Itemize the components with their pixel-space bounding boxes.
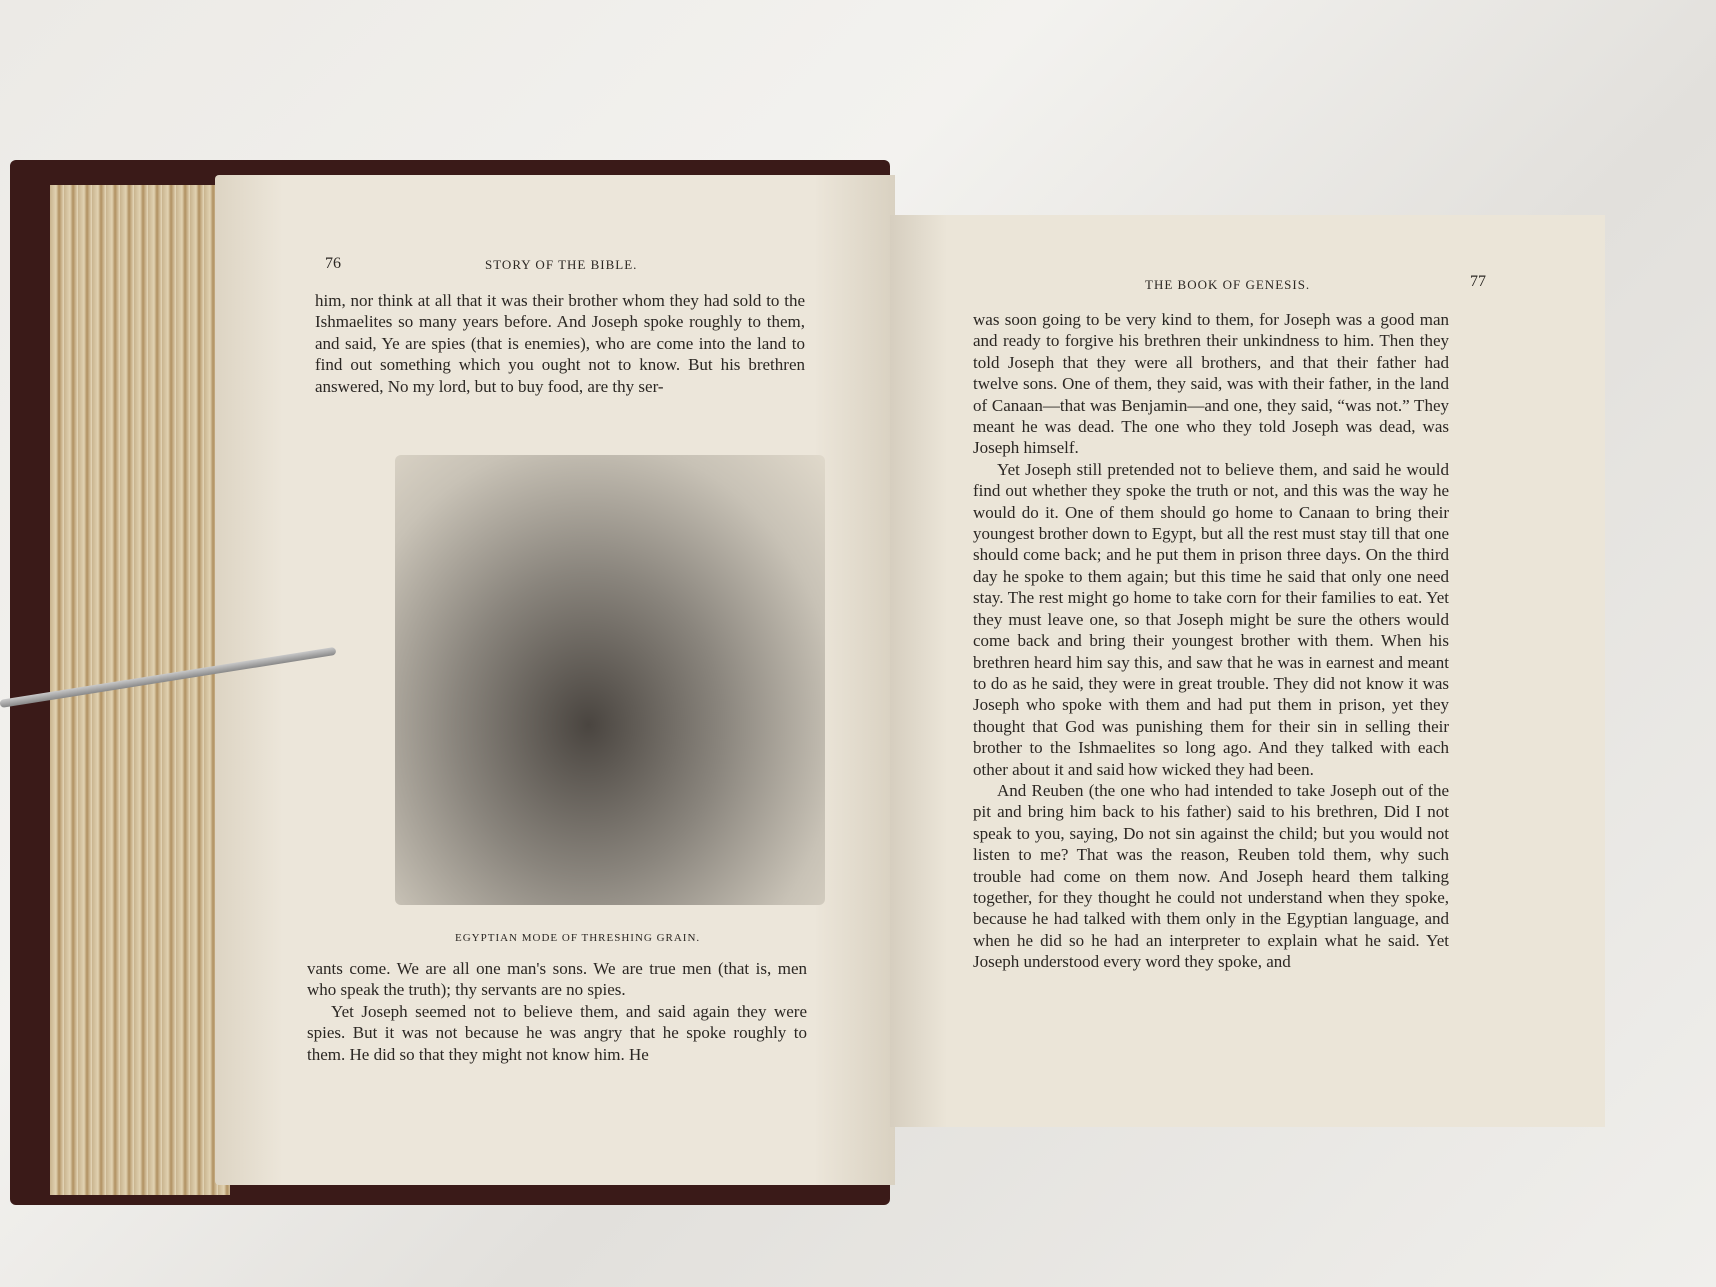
body-text: was soon going to be very kind to them, …: [973, 309, 1449, 973]
illustration-caption: EGYPTIAN MODE OF THRESHING GRAIN.: [455, 932, 700, 944]
paragraph: Yet Joseph seemed not to believe them, a…: [307, 1001, 807, 1065]
paragraph: And Reuben (the one who had intended to …: [973, 780, 1449, 973]
body-text-bottom: vants come. We are all one man's sons. W…: [307, 958, 807, 1065]
left-page: 76 STORY OF THE BIBLE. him, nor think at…: [215, 175, 895, 1185]
paragraph: was soon going to be very kind to them, …: [973, 309, 1449, 459]
running-head: THE BOOK OF GENESIS.: [1145, 277, 1310, 293]
engraving-illustration: [395, 455, 825, 905]
running-head: STORY OF THE BIBLE.: [485, 257, 637, 273]
page-number: 76: [325, 255, 341, 273]
right-page: THE BOOK OF GENESIS. 77 was soon going t…: [890, 215, 1605, 1127]
body-text-top: him, nor think at all that it was their …: [315, 290, 805, 397]
open-book: 76 STORY OF THE BIBLE. him, nor think at…: [10, 160, 1600, 1205]
paragraph: Yet Joseph still pretended not to believ…: [973, 459, 1449, 780]
paragraph: vants come. We are all one man's sons. W…: [307, 958, 807, 1001]
page-number: 77: [1470, 273, 1486, 291]
